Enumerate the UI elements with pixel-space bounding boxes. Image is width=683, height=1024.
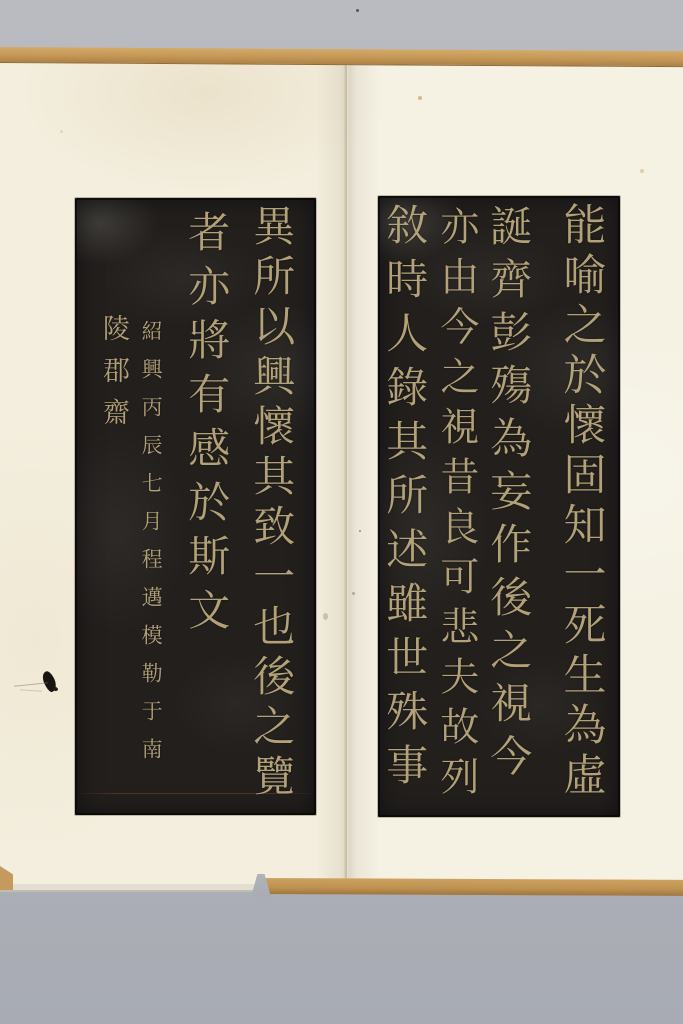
- smudge-spot: [352, 592, 355, 595]
- photo-of-open-calligraphy-album: 能喻之於懷固知一死生為虛誕齊彭殤為妄作後之視今亦由今之視昔良可悲夫故列敘時人錄其…: [0, 0, 683, 1024]
- foxing-spot: [60, 130, 63, 133]
- smudge-spot: [323, 613, 328, 620]
- calligraphy-column-right-4: 敘時人錄其所述雖世殊事: [380, 203, 428, 824]
- foxing-spot: [640, 169, 644, 173]
- calligraphy-column-right-1: 能喻之於懷固知一死生為虛: [556, 202, 605, 824]
- calligraphy-column-right-2: 誕齊彭殤為妄作後之視今: [484, 204, 532, 824]
- calligraphy-column-left-1: 異所以興懷其致一也後之覽: [247, 204, 295, 824]
- dust-speck: [359, 530, 361, 532]
- dust-speck: [356, 9, 359, 12]
- left-page-bottom-edge: [0, 884, 258, 892]
- center-fold-crease: [344, 60, 349, 882]
- foxing-spot: [418, 96, 422, 100]
- calligraphy-column-right-3: 亦由今之視昔良可悲夫故列: [433, 206, 478, 824]
- colophon-column-studio: 陵郡齋: [98, 314, 129, 824]
- colophon-column: 紹興丙辰七月程邁模勒于南: [139, 320, 163, 824]
- calligraphy-column-left-2: 者亦將有感於斯文: [182, 210, 230, 824]
- album-bottom-edge: [258, 878, 683, 896]
